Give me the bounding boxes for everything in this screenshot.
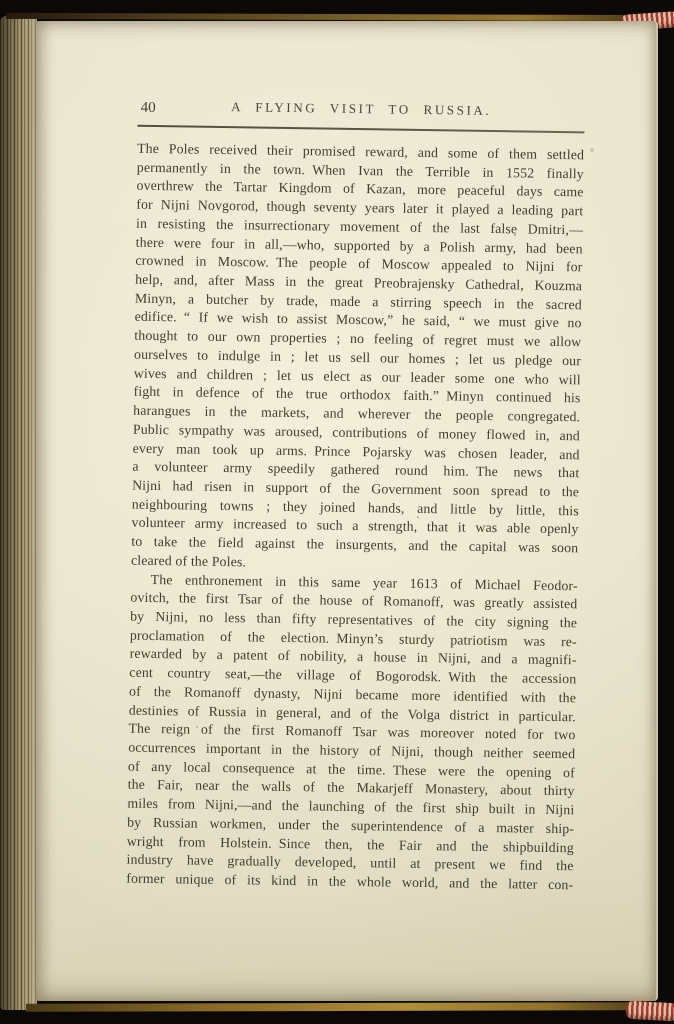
header-rule [137, 125, 584, 134]
paragraph: The enthronement in this same year 1613 … [126, 570, 578, 895]
spine-headband-bottom [626, 1001, 674, 1022]
running-head: A FLYING VISIT TO RUSSIA. [138, 98, 585, 121]
gilt-bottom-edge [26, 1002, 642, 1012]
body-text: The Poles received their promised reward… [126, 140, 584, 895]
paragraph: The Poles received their promised reward… [131, 140, 584, 577]
cover-top-edge [6, 13, 668, 21]
printed-content: 40 A FLYING VISIT TO RUSSIA. The Poles r… [126, 98, 585, 895]
paper-specks [36, 21, 38, 23]
page-number: 40 [141, 100, 156, 117]
book-page: 40 A FLYING VISIT TO RUSSIA. The Poles r… [36, 21, 658, 1001]
page-stack-edges [0, 16, 37, 1010]
page-header: 40 A FLYING VISIT TO RUSSIA. [138, 98, 585, 127]
book-photo: 40 A FLYING VISIT TO RUSSIA. The Poles r… [0, 0, 674, 1024]
